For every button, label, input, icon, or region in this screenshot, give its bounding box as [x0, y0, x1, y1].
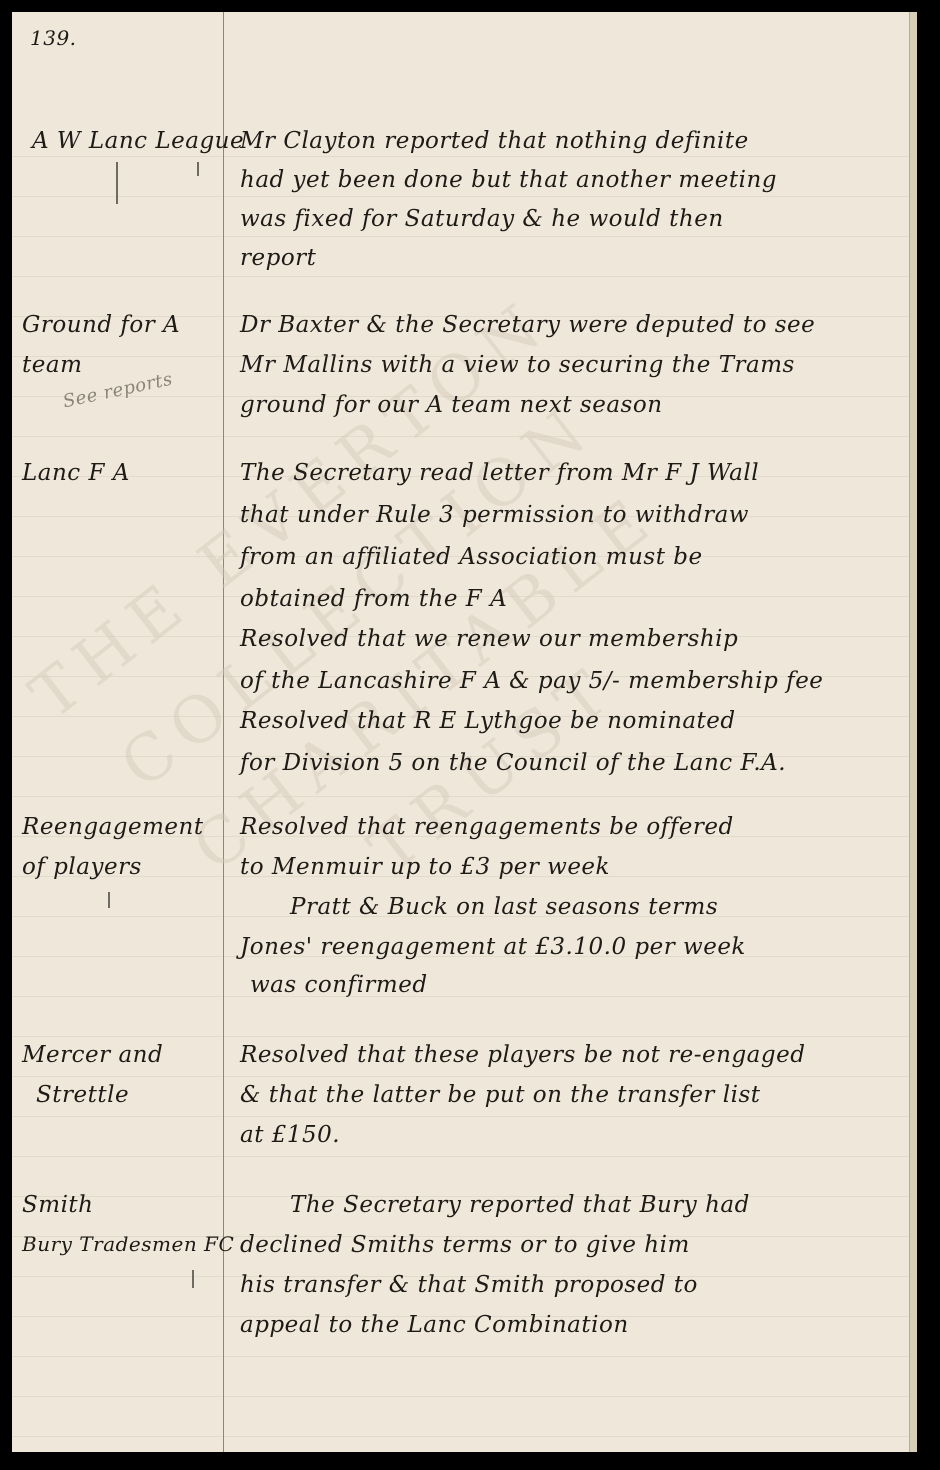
entry-line: at £150. [240, 1122, 340, 1148]
entry-line: was fixed for Saturday & he would then [240, 206, 724, 232]
entry-heading: Bury Tradesmen FC [22, 1232, 234, 1256]
ruled-line [12, 1156, 916, 1157]
ruled-line [12, 796, 916, 797]
page-edge [909, 12, 917, 1452]
ruled-line [12, 1356, 916, 1357]
entry-line: Mr Mallins with a view to securing the T… [240, 352, 795, 378]
entry-line: ground for our A team next season [240, 392, 663, 418]
entry-line: report [240, 245, 316, 271]
ruled-line [12, 1116, 916, 1117]
ruled-line [12, 1396, 916, 1397]
entry-line: Dr Baxter & the Secretary were deputed t… [240, 312, 815, 338]
entry-heading: of players [22, 854, 142, 880]
entry-heading: Lanc F A [22, 460, 130, 486]
ruled-line [12, 236, 916, 237]
ruled-line [12, 996, 916, 997]
entry-line: Mr Clayton reported that nothing definit… [240, 128, 749, 154]
entry-line: & that the latter be put on the transfer… [240, 1082, 761, 1108]
ruled-line [12, 196, 916, 197]
entry-line: declined Smiths terms or to give him [240, 1232, 690, 1258]
entry-heading: Mercer and [22, 1042, 163, 1068]
pencil-tick-mark [108, 892, 110, 908]
ruled-line [12, 436, 916, 437]
entry-line: from an affiliated Association must be [240, 544, 703, 570]
entry-heading: team [22, 352, 82, 378]
entry-line: to Menmuir up to £3 per week [240, 854, 610, 880]
pencil-tick-mark [197, 162, 199, 176]
ruled-line [12, 1436, 916, 1437]
entry-line: for Division 5 on the Council of the Lan… [240, 750, 786, 776]
entry-heading: Smith [22, 1192, 93, 1218]
entry-line: his transfer & that Smith proposed to [240, 1272, 698, 1298]
entry-line: was confirmed [250, 972, 428, 998]
entry-line: Pratt & Buck on last seasons terms [290, 894, 718, 920]
entry-heading: Strettle [36, 1082, 129, 1108]
entry-line: of the Lancashire F A & pay 5/- membersh… [240, 668, 823, 694]
ruled-line [12, 1076, 916, 1077]
entry-line: had yet been done but that another meeti… [240, 167, 777, 193]
entry-heading: Reengagement [22, 814, 204, 840]
ruled-line [12, 1036, 916, 1037]
entry-line: The Secretary read letter from Mr F J Wa… [240, 460, 759, 486]
entry-line: appeal to the Lanc Combination [240, 1312, 629, 1338]
ruled-line [12, 156, 916, 157]
page-number: 139. [30, 26, 77, 50]
ruled-line [12, 276, 916, 277]
entry-line: Resolved that these players be not re-en… [240, 1042, 805, 1068]
entry-line: Resolved that reengagements be offered [240, 814, 734, 840]
entry-line: obtained from the F A [240, 586, 507, 612]
entry-line: that under Rule 3 permission to withdraw [240, 502, 749, 528]
ledger-page: THE EVERTON COLLECTION CHARITABLE TRUST … [12, 12, 916, 1452]
entry-heading: A W Lanc League [32, 128, 244, 154]
entry-line: Resolved that R E Lythgoe be nominated [240, 708, 736, 734]
pencil-tick-mark [116, 162, 118, 204]
entry-heading: Ground for A [22, 312, 180, 338]
pencil-tick-mark [192, 1270, 194, 1288]
entry-line: Jones' reengagement at £3.10.0 per week [240, 934, 746, 960]
entry-line: The Secretary reported that Bury had [290, 1192, 750, 1218]
entry-line: Resolved that we renew our membership [240, 626, 738, 652]
